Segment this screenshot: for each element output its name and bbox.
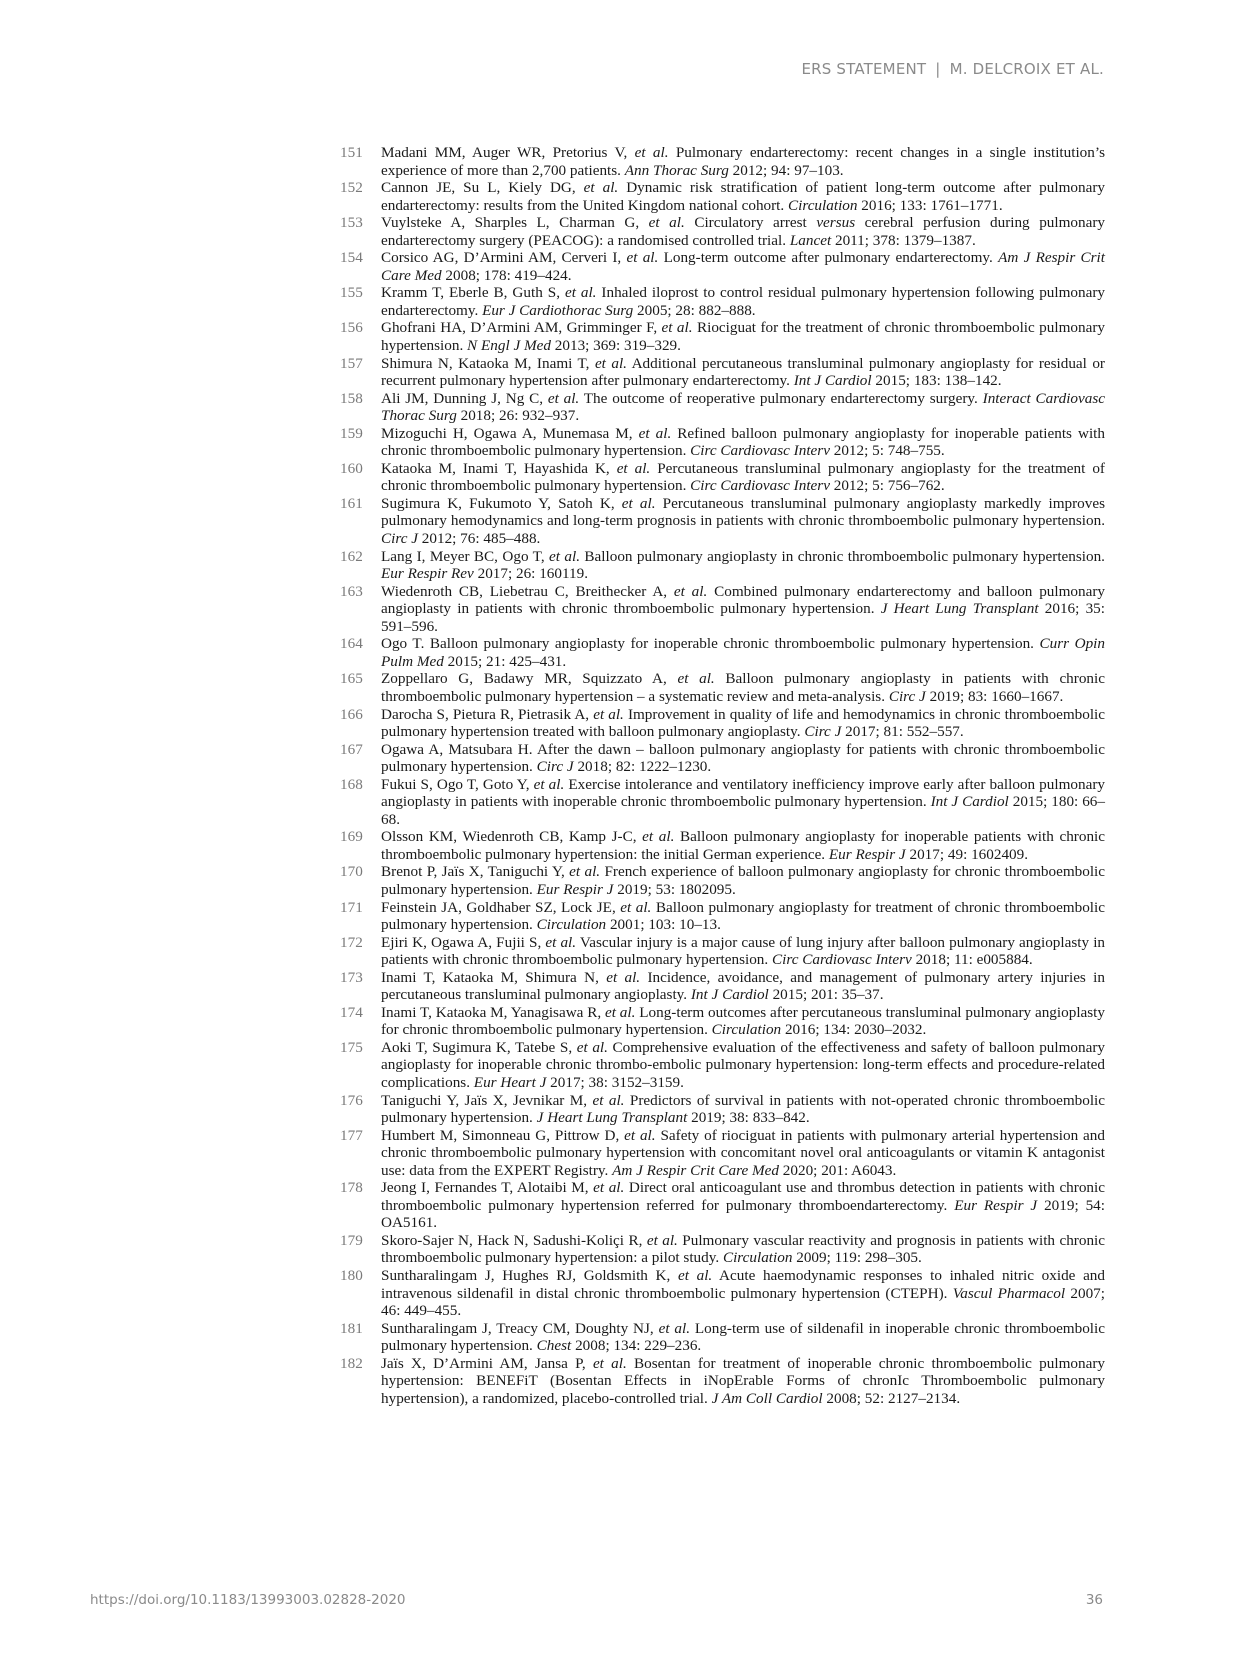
reference-text: Skoro-Sajer N, Hack N, Sadushi-Koliçi R,… [381, 1232, 1105, 1267]
reference-italic-segment: Eur Respir J [829, 846, 906, 863]
reference-item: 170Brenot P, Jaïs X, Taniguchi Y, et al.… [340, 863, 1105, 898]
reference-text: Madani MM, Auger WR, Pretorius V, et al.… [381, 144, 1105, 179]
reference-segment: Shimura N, Kataoka M, Inami T, [381, 355, 595, 372]
reference-item: 162Lang I, Meyer BC, Ogo T, et al. Ballo… [340, 548, 1105, 583]
reference-item: 169Olsson KM, Wiedenroth CB, Kamp J-C, e… [340, 828, 1105, 863]
reference-number: 151 [340, 144, 381, 179]
reference-italic-segment: Circulation [788, 197, 857, 214]
reference-number: 167 [340, 741, 381, 776]
reference-item: 172Ejiri K, Ogawa A, Fujii S, et al. Vas… [340, 934, 1105, 969]
reference-number: 181 [340, 1320, 381, 1355]
reference-segment: 2017; 49: 1602409. [906, 846, 1028, 863]
reference-italic-segment: Eur Respir Rev [381, 565, 474, 582]
reference-segment: Inami T, Kataoka M, Shimura N, [381, 969, 606, 986]
reference-italic-segment: et al. [617, 460, 651, 477]
reference-segment: 2015; 183: 138–142. [872, 372, 1002, 389]
reference-text: Ali JM, Dunning J, Ng C, et al. The outc… [381, 390, 1105, 425]
reference-segment: 2012; 5: 756–762. [830, 477, 945, 494]
reference-item: 166Darocha S, Pietura R, Pietrasik A, et… [340, 706, 1105, 741]
reference-item: 159Mizoguchi H, Ogawa A, Munemasa M, et … [340, 425, 1105, 460]
reference-segment: Sugimura K, Fukumoto Y, Satoh K, [381, 495, 622, 512]
reference-segment: 2017; 38: 3152–3159. [546, 1074, 684, 1091]
reference-number: 163 [340, 583, 381, 636]
reference-number: 157 [340, 355, 381, 390]
reference-text: Humbert M, Simonneau G, Pittrow D, et al… [381, 1127, 1105, 1180]
reference-number: 174 [340, 1004, 381, 1039]
reference-number: 165 [340, 670, 381, 705]
reference-text: Lang I, Meyer BC, Ogo T, et al. Balloon … [381, 548, 1105, 583]
reference-segment: Kataoka M, Inami T, Hayashida K, [381, 460, 617, 477]
reference-italic-segment: et al. [584, 179, 619, 196]
reference-segment: The outcome of reoperative pulmonary end… [579, 390, 982, 407]
reference-italic-segment: et al. [577, 1039, 608, 1056]
reference-item: 175Aoki T, Sugimura K, Tatebe S, et al. … [340, 1039, 1105, 1092]
reference-segment: Aoki T, Sugimura K, Tatebe S, [381, 1039, 577, 1056]
reference-segment: Madani MM, Auger WR, Pretorius V, [381, 144, 635, 161]
reference-text: Aoki T, Sugimura K, Tatebe S, et al. Com… [381, 1039, 1105, 1092]
reference-text: Suntharalingam J, Hughes RJ, Goldsmith K… [381, 1267, 1105, 1320]
reference-segment: 2012; 5: 748–755. [830, 442, 945, 459]
reference-italic-segment: et al. [569, 863, 600, 880]
reference-italic-segment: et al. [677, 670, 714, 687]
reference-number: 153 [340, 214, 381, 249]
reference-italic-segment: Am J Respir Crit Care Med [612, 1162, 779, 1179]
reference-segment: 2017; 81: 552–557. [841, 723, 963, 740]
reference-list: 151Madani MM, Auger WR, Pretorius V, et … [340, 144, 1105, 1407]
reference-text: Jeong I, Fernandes T, Alotaibi M, et al.… [381, 1179, 1105, 1232]
reference-item: 156Ghofrani HA, D’Armini AM, Grimminger … [340, 319, 1105, 354]
reference-text: Corsico AG, D’Armini AM, Cerveri I, et a… [381, 249, 1105, 284]
reference-segment: 2011; 378: 1379–1387. [831, 232, 976, 249]
reference-italic-segment: et al. [549, 548, 580, 565]
reference-item: 177Humbert M, Simonneau G, Pittrow D, et… [340, 1127, 1105, 1180]
reference-number: 156 [340, 319, 381, 354]
reference-italic-segment: Circ J [537, 758, 574, 775]
running-head-authors: M. DELCROIX ET AL. [950, 60, 1104, 78]
reference-italic-segment: et al. [642, 828, 674, 845]
reference-segment: Cannon JE, Su L, Kiely DG, [381, 179, 584, 196]
reference-number: 169 [340, 828, 381, 863]
reference-segment: 2018; 26: 932–937. [457, 407, 579, 424]
reference-item: 157Shimura N, Kataoka M, Inami T, et al.… [340, 355, 1105, 390]
reference-segment: Wiedenroth CB, Liebetrau C, Breithecker … [381, 583, 674, 600]
reference-segment: Mizoguchi H, Ogawa A, Munemasa M, [381, 425, 639, 442]
reference-italic-segment: et al. [534, 776, 565, 793]
reference-italic-segment: et al. [624, 1127, 655, 1144]
reference-italic-segment: Circulation [723, 1249, 792, 1266]
reference-segment: 2015; 21: 425–431. [444, 653, 566, 670]
reference-italic-segment: Circ J [381, 530, 418, 547]
reference-italic-segment: J Heart Lung Transplant [537, 1109, 688, 1126]
reference-segment: Vuylsteke A, Sharples L, Charman G, [381, 214, 649, 231]
reference-italic-segment: Int J Cardiol [691, 986, 769, 1003]
reference-item: 153Vuylsteke A, Sharples L, Charman G, e… [340, 214, 1105, 249]
reference-item: 182Jaïs X, D’Armini AM, Jansa P, et al. … [340, 1355, 1105, 1408]
reference-italic-segment: et al. [593, 1179, 624, 1196]
reference-italic-segment: et al. [595, 355, 627, 372]
reference-item: 165Zoppellaro G, Badawy MR, Squizzato A,… [340, 670, 1105, 705]
reference-segment: Lang I, Meyer BC, Ogo T, [381, 548, 549, 565]
reference-segment: Circulatory arrest [685, 214, 817, 231]
reference-item: 158Ali JM, Dunning J, Ng C, et al. The o… [340, 390, 1105, 425]
reference-text: Zoppellaro G, Badawy MR, Squizzato A, et… [381, 670, 1105, 705]
reference-segment: Inami T, Kataoka M, Yanagisawa R, [381, 1004, 605, 1021]
running-head-section: ERS STATEMENT [801, 60, 926, 78]
reference-italic-segment: et al. [545, 934, 576, 951]
reference-italic-segment: et al. [605, 1004, 635, 1021]
reference-italic-segment: Vascul Pharmacol [953, 1285, 1065, 1302]
reference-italic-segment: Eur Respir J [954, 1197, 1037, 1214]
reference-text: Darocha S, Pietura R, Pietrasik A, et al… [381, 706, 1105, 741]
reference-item: 167Ogawa A, Matsubara H. After the dawn … [340, 741, 1105, 776]
reference-item: 164Ogo T. Balloon pulmonary angioplasty … [340, 635, 1105, 670]
reference-segment: Suntharalingam J, Treacy CM, Doughty NJ, [381, 1320, 659, 1337]
reference-number: 176 [340, 1092, 381, 1127]
reference-italic-segment: et al. [622, 495, 656, 512]
reference-item: 168Fukui S, Ogo T, Goto Y, et al. Exerci… [340, 776, 1105, 829]
reference-item: 151Madani MM, Auger WR, Pretorius V, et … [340, 144, 1105, 179]
reference-italic-segment: Circulation [712, 1021, 781, 1038]
reference-number: 154 [340, 249, 381, 284]
reference-number: 170 [340, 863, 381, 898]
reference-segment: 2008; 52: 2127–2134. [823, 1390, 961, 1407]
reference-segment: 2019; 83: 1660–1667. [926, 688, 1064, 705]
reference-segment: 2018; 82: 1222–1230. [574, 758, 712, 775]
reference-item: 154Corsico AG, D’Armini AM, Cerveri I, e… [340, 249, 1105, 284]
reference-number: 178 [340, 1179, 381, 1232]
reference-text: Ogo T. Balloon pulmonary angioplasty for… [381, 635, 1105, 670]
reference-italic-segment: et al. [639, 425, 672, 442]
reference-italic-segment: et al. [674, 583, 707, 600]
reference-number: 160 [340, 460, 381, 495]
reference-segment: 2009; 119: 298–305. [792, 1249, 921, 1266]
reference-item: 176Taniguchi Y, Jaïs X, Jevnikar M, et a… [340, 1092, 1105, 1127]
reference-number: 159 [340, 425, 381, 460]
reference-segment: Ejiri K, Ogawa A, Fujii S, [381, 934, 545, 951]
reference-italic-segment: Int J Cardiol [794, 372, 872, 389]
reference-italic-segment: et al. [565, 284, 597, 301]
reference-number: 168 [340, 776, 381, 829]
reference-segment: 2017; 26: 160119. [474, 565, 588, 582]
reference-italic-segment: Circ Cardiovasc Interv [772, 951, 912, 968]
reference-text: Suntharalingam J, Treacy CM, Doughty NJ,… [381, 1320, 1105, 1355]
reference-number: 173 [340, 969, 381, 1004]
reference-italic-segment: et al. [662, 319, 693, 336]
reference-segment: 2019; 38: 833–842. [687, 1109, 809, 1126]
reference-segment: Ogo T. Balloon pulmonary angioplasty for… [381, 635, 1040, 652]
reference-number: 155 [340, 284, 381, 319]
reference-item: 171Feinstein JA, Goldhaber SZ, Lock JE, … [340, 899, 1105, 934]
reference-number: 179 [340, 1232, 381, 1267]
reference-text: Ejiri K, Ogawa A, Fujii S, et al. Vascul… [381, 934, 1105, 969]
reference-italic-segment: et al. [635, 144, 669, 161]
reference-item: 173Inami T, Kataoka M, Shimura N, et al.… [340, 969, 1105, 1004]
reference-segment: Skoro-Sajer N, Hack N, Sadushi-Koliçi R, [381, 1232, 647, 1249]
reference-italic-segment: Circ Cardiovasc Interv [690, 477, 830, 494]
reference-italic-segment: et al. [647, 1232, 678, 1249]
reference-italic-segment: et al. [626, 249, 658, 266]
reference-italic-segment: Circ J [889, 688, 926, 705]
reference-segment: Feinstein JA, Goldhaber SZ, Lock JE, [381, 899, 620, 916]
reference-italic-segment: et al. [659, 1320, 690, 1337]
reference-italic-segment: et al. [678, 1267, 712, 1284]
running-head: ERS STATEMENT|M. DELCROIX ET AL. [801, 60, 1104, 78]
reference-text: Shimura N, Kataoka M, Inami T, et al. Ad… [381, 355, 1105, 390]
reference-text: Ogawa A, Matsubara H. After the dawn – b… [381, 741, 1105, 776]
reference-text: Fukui S, Ogo T, Goto Y, et al. Exercise … [381, 776, 1105, 829]
reference-text: Jaïs X, D’Armini AM, Jansa P, et al. Bos… [381, 1355, 1105, 1408]
reference-text: Wiedenroth CB, Liebetrau C, Breithecker … [381, 583, 1105, 636]
reference-segment: 2012; 76: 485–488. [418, 530, 540, 547]
reference-text: Vuylsteke A, Sharples L, Charman G, et a… [381, 214, 1105, 249]
reference-item: 179Skoro-Sajer N, Hack N, Sadushi-Koliçi… [340, 1232, 1105, 1267]
reference-segment: Jaïs X, D’Armini AM, Jansa P, [381, 1355, 593, 1372]
reference-segment: Long-term outcome after pulmonary endart… [658, 249, 998, 266]
reference-italic-segment: J Am Coll Cardiol [712, 1390, 823, 1407]
reference-segment: Darocha S, Pietura R, Pietrasik A, [381, 706, 593, 723]
reference-text: Olsson KM, Wiedenroth CB, Kamp J-C, et a… [381, 828, 1105, 863]
reference-italic-segment: et al. [592, 1092, 624, 1109]
reference-item: 155Kramm T, Eberle B, Guth S, et al. Inh… [340, 284, 1105, 319]
reference-segment: 2016; 133: 1761–1771. [857, 197, 1002, 214]
reference-italic-segment: Circ Cardiovasc Interv [690, 442, 830, 459]
reference-number: 177 [340, 1127, 381, 1180]
reference-item: 161Sugimura K, Fukumoto Y, Satoh K, et a… [340, 495, 1105, 548]
reference-text: Sugimura K, Fukumoto Y, Satoh K, et al. … [381, 495, 1105, 548]
reference-text: Inami T, Kataoka M, Shimura N, et al. In… [381, 969, 1105, 1004]
reference-segment: 2005; 28: 882–888. [633, 302, 755, 319]
reference-segment: Olsson KM, Wiedenroth CB, Kamp J-C, [381, 828, 642, 845]
reference-segment: 2018; 11: e005884. [912, 951, 1033, 968]
doi-link[interactable]: https://doi.org/10.1183/13993003.02828-2… [90, 1592, 406, 1608]
reference-segment: 2015; 201: 35–37. [769, 986, 884, 1003]
reference-italic-segment: Int J Cardiol [931, 793, 1009, 810]
reference-segment: 2008; 134: 229–236. [571, 1337, 701, 1354]
reference-segment: Ali JM, Dunning J, Ng C, [381, 390, 548, 407]
reference-number: 182 [340, 1355, 381, 1408]
reference-segment: 2019; 53: 1802095. [613, 881, 735, 898]
reference-text: Mizoguchi H, Ogawa A, Munemasa M, et al.… [381, 425, 1105, 460]
reference-segment: Taniguchi Y, Jaïs X, Jevnikar M, [381, 1092, 592, 1109]
reference-number: 171 [340, 899, 381, 934]
reference-number: 161 [340, 495, 381, 548]
reference-item: 178Jeong I, Fernandes T, Alotaibi M, et … [340, 1179, 1105, 1232]
reference-segment: Jeong I, Fernandes T, Alotaibi M, [381, 1179, 593, 1196]
reference-segment: 2020; 201: A6043. [779, 1162, 896, 1179]
reference-text: Inami T, Kataoka M, Yanagisawa R, et al.… [381, 1004, 1105, 1039]
reference-italic-segment: et al. [606, 969, 640, 986]
reference-italic-segment: J Heart Lung Transplant [881, 600, 1039, 617]
reference-item: 160Kataoka M, Inami T, Hayashida K, et a… [340, 460, 1105, 495]
reference-italic-segment: versus [816, 214, 855, 231]
reference-italic-segment: et al. [649, 214, 685, 231]
reference-segment: Brenot P, Jaïs X, Taniguchi Y, [381, 863, 569, 880]
reference-text: Cannon JE, Su L, Kiely DG, et al. Dynami… [381, 179, 1105, 214]
running-head-separator: | [935, 60, 940, 78]
reference-item: 163Wiedenroth CB, Liebetrau C, Breitheck… [340, 583, 1105, 636]
reference-item: 181Suntharalingam J, Treacy CM, Doughty … [340, 1320, 1105, 1355]
reference-number: 162 [340, 548, 381, 583]
reference-segment: 2016; 134: 2030–2032. [781, 1021, 926, 1038]
page-number: 36 [1086, 1592, 1103, 1608]
reference-segment: Fukui S, Ogo T, Goto Y, [381, 776, 534, 793]
reference-italic-segment: Eur J Cardiothorac Surg [482, 302, 633, 319]
reference-italic-segment: Eur Heart J [474, 1074, 547, 1091]
reference-italic-segment: Chest [537, 1337, 572, 1354]
reference-segment: 2008; 178: 419–424. [442, 267, 572, 284]
reference-italic-segment: N Engl J Med [467, 337, 551, 354]
reference-segment: Corsico AG, D’Armini AM, Cerveri I, [381, 249, 626, 266]
reference-number: 152 [340, 179, 381, 214]
reference-text: Feinstein JA, Goldhaber SZ, Lock JE, et … [381, 899, 1105, 934]
reference-segment: Kramm T, Eberle B, Guth S, [381, 284, 565, 301]
reference-italic-segment: et al. [620, 899, 651, 916]
reference-text: Kramm T, Eberle B, Guth S, et al. Inhale… [381, 284, 1105, 319]
reference-italic-segment: Lancet [790, 232, 831, 249]
reference-text: Brenot P, Jaïs X, Taniguchi Y, et al. Fr… [381, 863, 1105, 898]
reference-italic-segment: Circ J [804, 723, 841, 740]
reference-italic-segment: et al. [593, 1355, 627, 1372]
reference-segment: 2001; 103: 10–13. [606, 916, 721, 933]
reference-number: 166 [340, 706, 381, 741]
reference-segment: Suntharalingam J, Hughes RJ, Goldsmith K… [381, 1267, 678, 1284]
reference-segment: Zoppellaro G, Badawy MR, Squizzato A, [381, 670, 677, 687]
reference-italic-segment: Ann Thorac Surg [625, 162, 729, 179]
reference-segment: Humbert M, Simonneau G, Pittrow D, [381, 1127, 624, 1144]
reference-number: 180 [340, 1267, 381, 1320]
reference-text: Taniguchi Y, Jaïs X, Jevnikar M, et al. … [381, 1092, 1105, 1127]
reference-segment: Ogawa A, Matsubara H. After the dawn – b… [381, 741, 1105, 776]
reference-text: Ghofrani HA, D’Armini AM, Grimminger F, … [381, 319, 1105, 354]
reference-segment: 2013; 369: 319–329. [551, 337, 681, 354]
reference-segment: 2012; 94: 97–103. [729, 162, 844, 179]
reference-segment: Balloon pulmonary angioplasty in chronic… [580, 548, 1105, 565]
reference-italic-segment: Eur Respir J [537, 881, 614, 898]
reference-italic-segment: et al. [548, 390, 579, 407]
reference-italic-segment: et al. [593, 706, 624, 723]
reference-number: 172 [340, 934, 381, 969]
reference-item: 174Inami T, Kataoka M, Yanagisawa R, et … [340, 1004, 1105, 1039]
reference-number: 158 [340, 390, 381, 425]
reference-segment: Ghofrani HA, D’Armini AM, Grimminger F, [381, 319, 662, 336]
reference-italic-segment: Circulation [537, 916, 606, 933]
reference-item: 180Suntharalingam J, Hughes RJ, Goldsmit… [340, 1267, 1105, 1320]
reference-text: Kataoka M, Inami T, Hayashida K, et al. … [381, 460, 1105, 495]
reference-item: 152Cannon JE, Su L, Kiely DG, et al. Dyn… [340, 179, 1105, 214]
reference-number: 164 [340, 635, 381, 670]
reference-number: 175 [340, 1039, 381, 1092]
